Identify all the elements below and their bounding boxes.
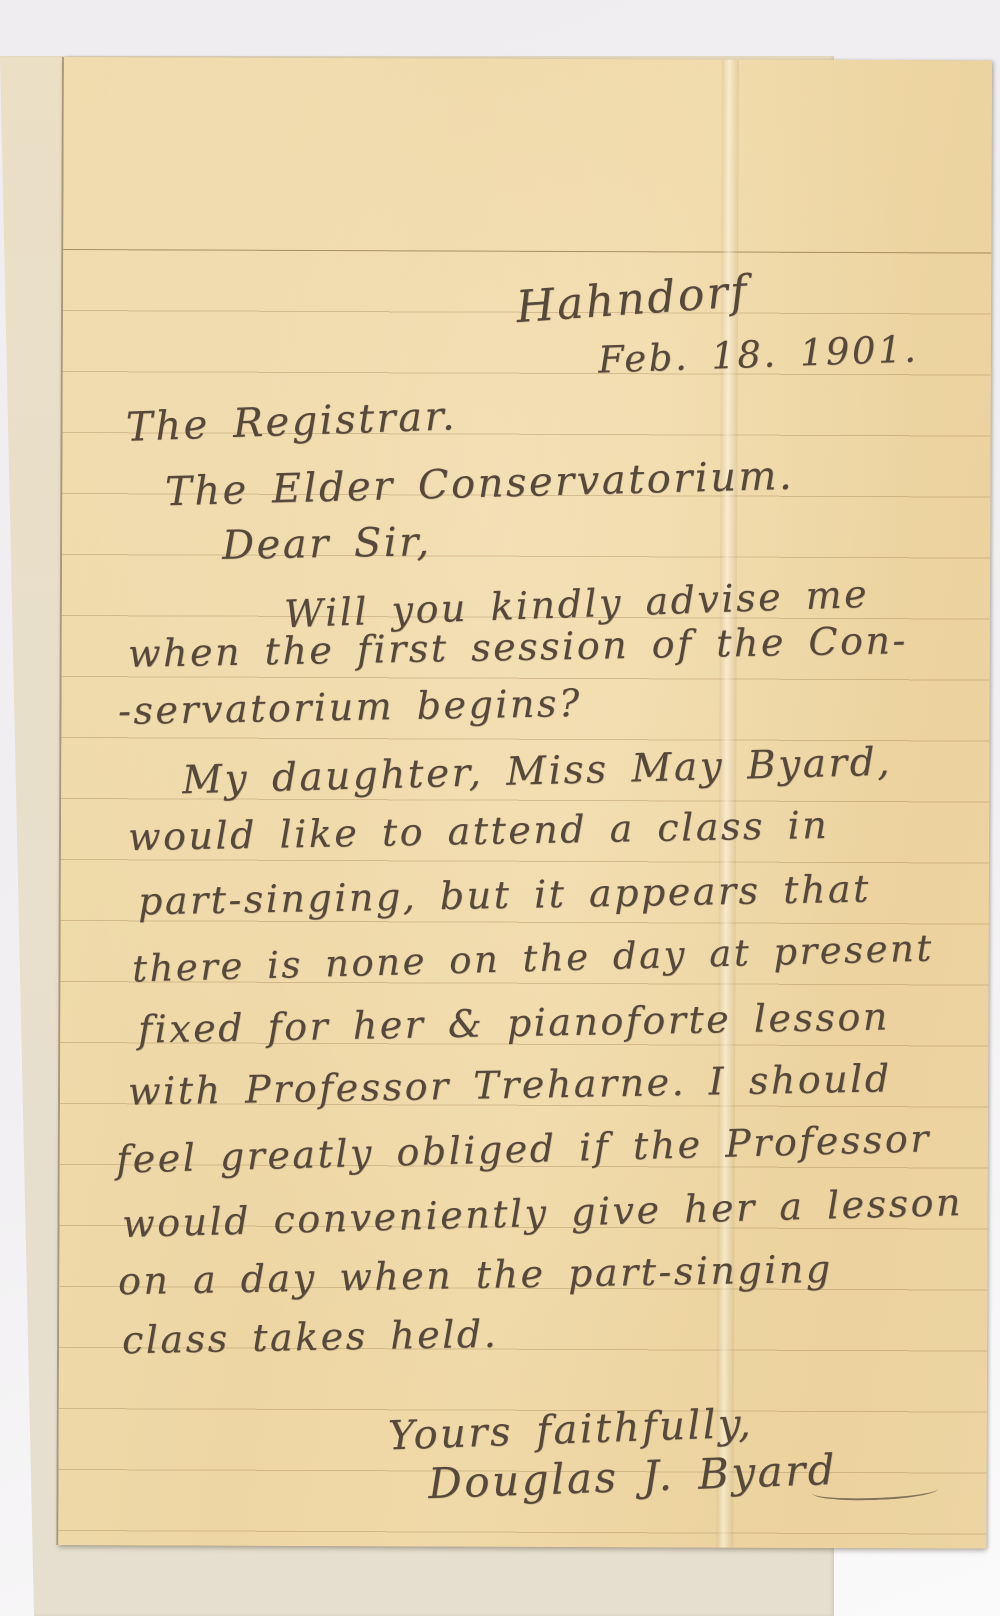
body-line-3: -servatorium begins? (118, 684, 582, 730)
salutation: Dear Sir, (222, 522, 432, 566)
body-line-5: would like to attend a class in (128, 806, 830, 856)
letter-date: Feb. 18. 1901. (597, 330, 918, 378)
body-line-13: class takes held. (122, 1315, 499, 1360)
recipient-line-1: The Registrar. (125, 396, 457, 448)
closing: Yours faithfully, (387, 1404, 753, 1457)
scanned-letter: Hahndorf Feb. 18. 1901. The Registrar. T… (0, 0, 1000, 1616)
